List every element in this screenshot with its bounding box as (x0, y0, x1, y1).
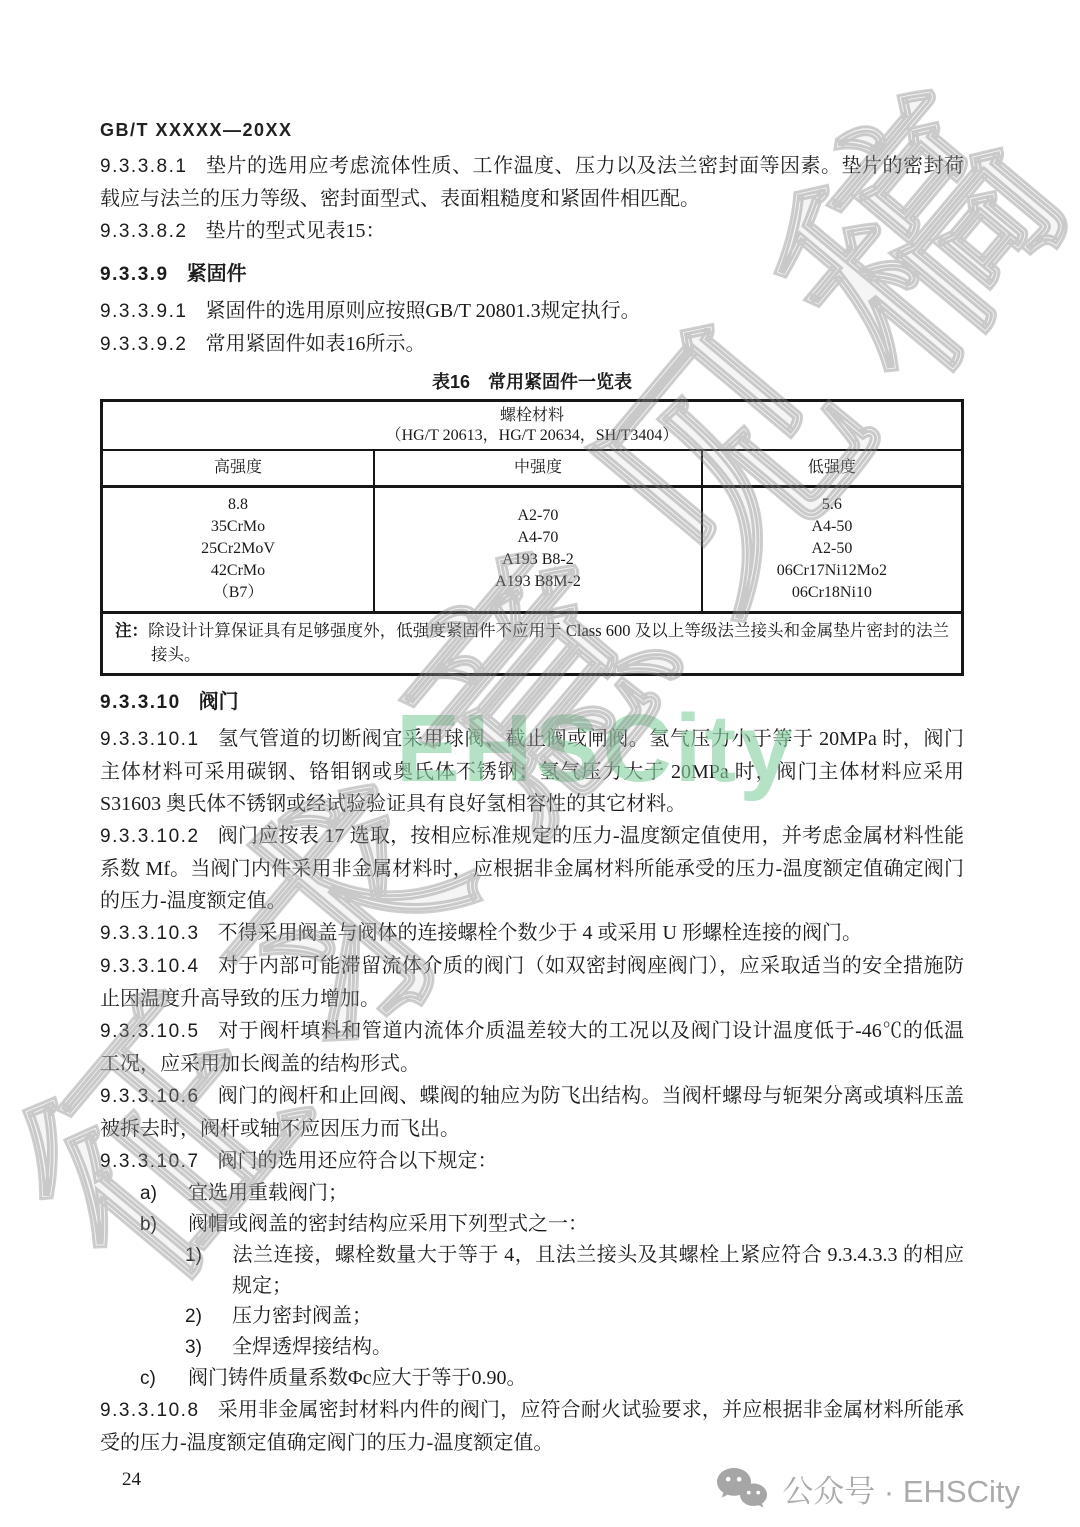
list-marker: 1) (185, 1241, 232, 1271)
cell-high-strength: 8.835CrMo25Cr2MoV42CrMo（B7） (103, 488, 375, 611)
column-header-medium-strength: 中强度 (375, 451, 703, 485)
clause-text: 氢气管道的切断阀宜采用球阀、截止阀或闸阀。氢气压力小于等于 20MPa 时，阀门… (100, 728, 964, 815)
document-page: { "header": { "doc_code": "GB/T XXXXX—20… (0, 0, 1080, 1527)
list-marker: b) (140, 1210, 188, 1240)
wechat-icon (716, 1467, 768, 1511)
table-cell-line: 06Cr18Ni10 (703, 582, 961, 604)
table-16: 螺栓材料 （HG/T 20613，HG/T 20634，SH/T3404） 高强… (100, 399, 964, 676)
clause-9-3-3-8-1: 9.3.3.8.1垫片的选用应考虑流体性质、工作温度、压力以及法兰密封面等因素。… (100, 150, 964, 215)
list-item-b3: 3)全焊透焊接结构。 (100, 1332, 964, 1363)
table-header-standards: （HG/T 20613，HG/T 20634，SH/T3404） (103, 426, 961, 446)
clause-number: 9.3.3.8.2 (100, 221, 187, 242)
list-text: 阀帽或阀盖的密封结构应采用下列型式之一： (188, 1213, 588, 1235)
clause-9-3-3-10-7: 9.3.3.10.7阀门的选用还应符合以下规定： (100, 1145, 964, 1178)
clause-9-3-3-10-4: 9.3.3.10.4对于内部可能滞留流体介质的阀门（如双密封阀座阀门），应采取适… (100, 950, 964, 1015)
clause-9-3-3-10-5: 9.3.3.10.5对于阀杆填料和管道内流体介质温差较大的工况以及阀门设计温度低… (100, 1015, 964, 1080)
table-cell-line: 5.6 (703, 494, 961, 516)
list-item-b: b)阀帽或阀盖的密封结构应采用下列型式之一： (100, 1209, 964, 1240)
clause-text: 对于阀杆填料和管道内流体介质温差较大的工况以及阀门设计温度低于-46℃的低温工况… (100, 1020, 964, 1075)
clause-text: 紧固件的选用原则应按照GB/T 20801.3规定执行。 (205, 300, 640, 322)
wechat-footer-badge: 公众号 · EHSCity (716, 1466, 1020, 1511)
clause-9-3-3-10-6: 9.3.3.10.6阀门的阀杆和止回阀、蝶阀的轴应为防飞出结构。当阀杆螺母与轭架… (100, 1080, 964, 1145)
clause-text: 对于内部可能滞留流体介质的阀门（如双密封阀座阀门），应采取适当的安全措施防止因温… (100, 955, 964, 1010)
clause-text: 垫片的选用应考虑流体性质、工作温度、压力以及法兰密封面等因素。垫片的密封荷载应与… (100, 155, 964, 210)
list-text: 法兰连接，螺栓数量大于等于 4，且法兰接头及其螺栓上紧应符合 9.3.4.3.3… (232, 1244, 964, 1297)
doc-code: GB/T XXXXX—20XX (100, 120, 964, 141)
clause-number: 9.3.3.10.3 (100, 923, 200, 944)
list-item-c: c)阀门铸件质量系数Φc应大于等于0.90。 (100, 1363, 964, 1394)
list-marker: a) (140, 1179, 188, 1209)
table-16-caption: 表16 常用紧固件一览表 (100, 368, 964, 394)
list-text: 压力密封阀盖； (232, 1305, 372, 1327)
clause-text: 阀门的选用还应符合以下规定： (218, 1150, 498, 1172)
table-cell-line: A2-70 (375, 505, 701, 527)
heading-9-3-3-10: 9.3.3.10阀门 (100, 686, 964, 719)
note-label: 注： (115, 622, 148, 640)
clause-number: 9.3.3.9.2 (100, 334, 187, 355)
wechat-label: 公众号 · EHSCity (782, 1466, 1020, 1511)
list-text: 全焊透焊接结构。 (232, 1336, 392, 1358)
clause-number: 9.3.3.10.7 (100, 1151, 200, 1172)
clause-number: 9.3.3.10.2 (100, 826, 200, 847)
table-header-title: 螺栓材料 (103, 406, 961, 426)
note-text: 除设计计算保证具有足够强度外，低强度紧固件不应用于 Class 600 及以上等… (148, 621, 949, 664)
list-item-a: a)宜选用重载阀门； (100, 1178, 964, 1209)
clause-number: 9.3.3.10.4 (100, 956, 200, 977)
list-item-b1: 1)法兰连接，螺栓数量大于等于 4，且法兰接头及其螺栓上紧应符合 9.3.4.3… (100, 1240, 964, 1301)
list-marker: 2) (185, 1302, 232, 1332)
table-note: 注：除设计计算保证具有足够强度外，低强度紧固件不应用于 Class 600 及以… (103, 611, 961, 673)
list-marker: 3) (185, 1333, 232, 1363)
table-cell-line: 42CrMo (103, 560, 373, 582)
clause-number: 9.3.3.10.5 (100, 1021, 200, 1042)
clause-number: 9.3.3.10.1 (100, 729, 200, 750)
clause-9-3-3-10-1: 9.3.3.10.1氢气管道的切断阀宜采用球阀、截止阀或闸阀。氢气压力小于等于 … (100, 723, 964, 820)
clause-number: 9.3.3.9 (100, 264, 169, 285)
cell-low-strength: 5.6A4-50A2-5006Cr17Ni12Mo206Cr18Ni10 (703, 488, 961, 611)
column-header-high-strength: 高强度 (103, 451, 375, 485)
table-cell-line: 06Cr17Ni12Mo2 (703, 560, 961, 582)
clause-9-3-3-10-8: 9.3.3.10.8采用非金属密封材料内件的阀门，应符合耐火试验要求，并应根据非… (100, 1394, 964, 1459)
clause-text: 采用非金属密封材料内件的阀门，应符合耐火试验要求，并应根据非金属材料所能承受的压… (100, 1399, 964, 1454)
page-content: GB/T XXXXX—20XX 9.3.3.8.1垫片的选用应考虑流体性质、工作… (100, 120, 964, 1491)
table-data-row: 8.835CrMo25Cr2MoV42CrMo（B7） A2-70A4-70A1… (103, 488, 961, 611)
cell-medium-strength: A2-70A4-70A193 B8-2A193 B8M-2 (375, 488, 703, 611)
clause-text: 常用紧固件如表16所示。 (205, 333, 425, 355)
column-header-low-strength: 低强度 (703, 451, 961, 485)
clause-9-3-3-9-1: 9.3.3.9.1紧固件的选用原则应按照GB/T 20801.3规定执行。 (100, 295, 964, 328)
table-cell-line: A2-50 (703, 538, 961, 560)
clause-text: 垫片的型式见表15： (205, 220, 385, 242)
table-cell-line: （B7） (103, 582, 373, 604)
clause-number: 9.3.3.10.8 (100, 1400, 200, 1421)
list-text: 宜选用重载阀门； (188, 1182, 348, 1204)
clause-text: 阀门的阀杆和止回阀、蝶阀的轴应为防飞出结构。当阀杆螺母与轭架分离或填料压盖被拆去… (100, 1085, 964, 1140)
table-cell-line: A193 B8M-2 (375, 571, 701, 593)
clause-number: 9.3.3.8.1 (100, 156, 187, 177)
list-marker: c) (140, 1364, 188, 1394)
clause-text: 不得采用阀盖与阀体的连接螺栓个数少于 4 或采用 U 形螺栓连接的阀门。 (218, 922, 862, 944)
table-column-headers: 高强度 中强度 低强度 (103, 451, 961, 488)
clause-9-3-3-10-3: 9.3.3.10.3不得采用阀盖与阀体的连接螺栓个数少于 4 或采用 U 形螺栓… (100, 917, 964, 950)
heading-title: 阀门 (199, 691, 239, 713)
clause-text: 阀门应按表 17 选取，按相应标准规定的压力-温度额定值使用，并考虑金属材料性能… (100, 825, 964, 912)
heading-9-3-3-9: 9.3.3.9紧固件 (100, 258, 964, 291)
table-cell-line: 8.8 (103, 494, 373, 516)
table-cell-line: A4-50 (703, 516, 961, 538)
clause-9-3-3-9-2: 9.3.3.9.2常用紧固件如表16所示。 (100, 328, 964, 361)
table-cell-line: 35CrMo (103, 516, 373, 538)
table-cell-line: 25Cr2MoV (103, 538, 373, 560)
clause-9-3-3-8-2: 9.3.3.8.2垫片的型式见表15： (100, 215, 964, 248)
table-cell-line: A193 B8-2 (375, 549, 701, 571)
list-item-b2: 2)压力密封阀盖； (100, 1301, 964, 1332)
list-text: 阀门铸件质量系数Φc应大于等于0.90。 (188, 1367, 527, 1389)
clause-9-3-3-10-2: 9.3.3.10.2阀门应按表 17 选取，按相应标准规定的压力-温度额定值使用… (100, 820, 964, 917)
table-header-bolt-material: 螺栓材料 （HG/T 20613，HG/T 20634，SH/T3404） (103, 402, 961, 451)
clause-number: 9.3.3.9.1 (100, 301, 187, 322)
table-cell-line: A4-70 (375, 527, 701, 549)
clause-number: 9.3.3.10 (100, 692, 181, 713)
heading-title: 紧固件 (187, 263, 247, 285)
clause-number: 9.3.3.10.6 (100, 1086, 200, 1107)
